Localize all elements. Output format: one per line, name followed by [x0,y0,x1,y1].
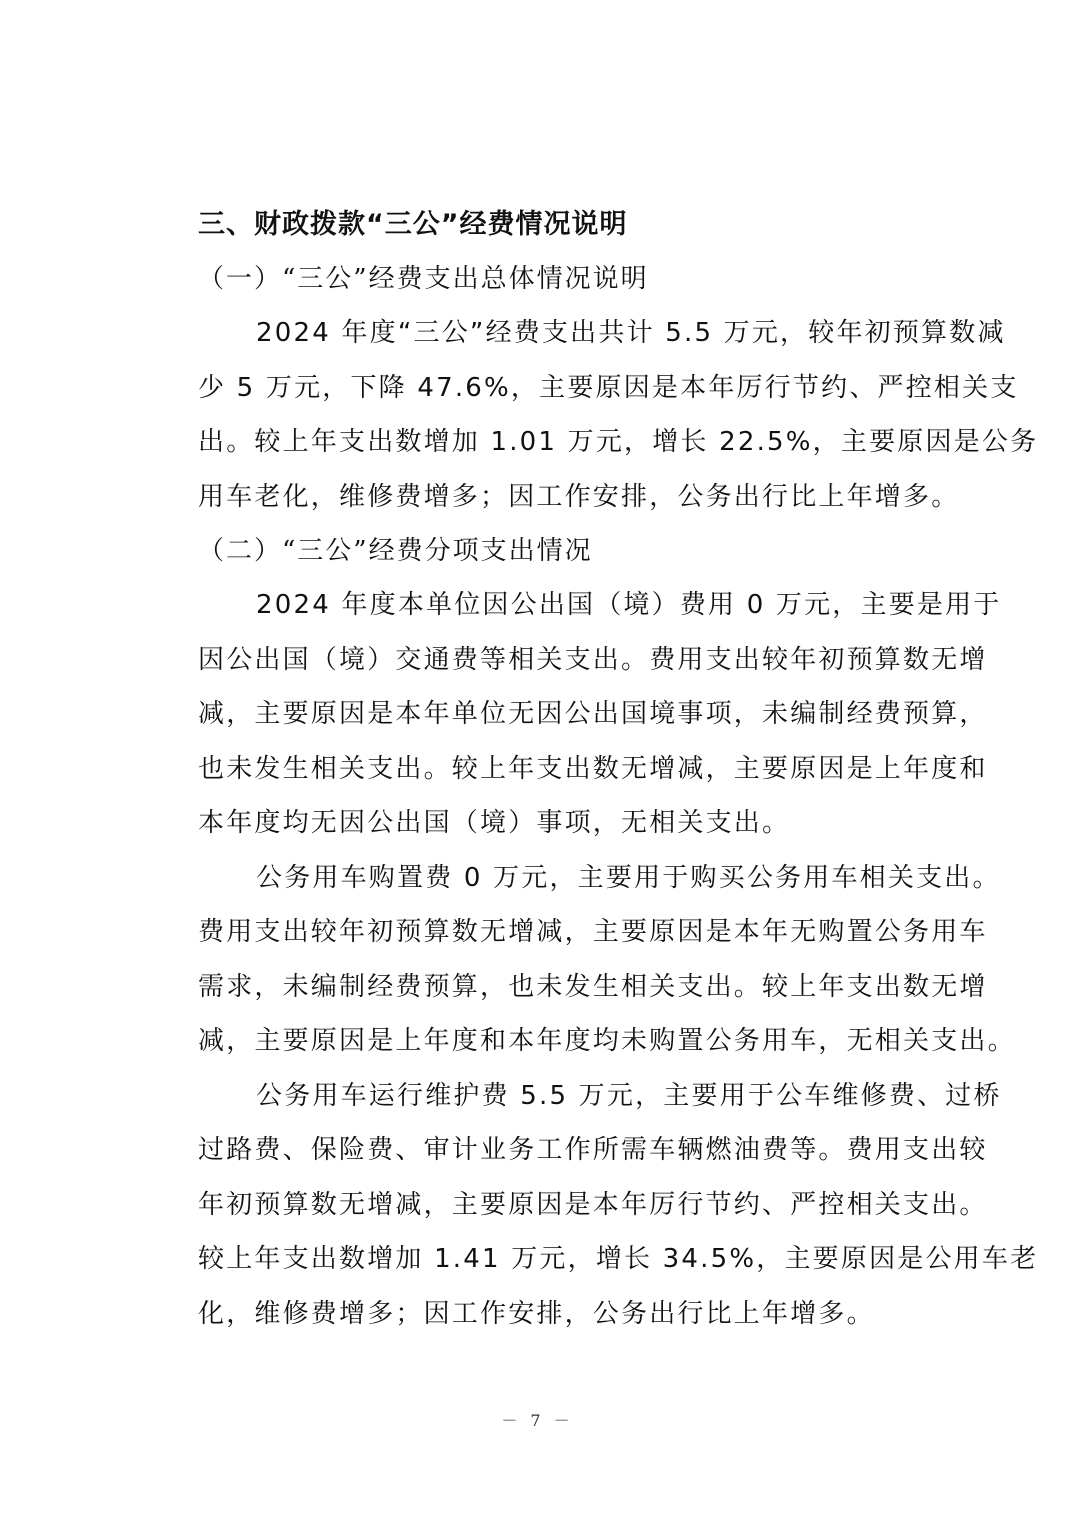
text-line: 较上年支出数增加 1.41 万元，增长 34.5%，主要原因是公用车老 [140,1232,940,1287]
text-line: 费用支出较年初预算数无增减，主要原因是本年无购置公务用车 [140,905,940,960]
text-line: 2024 年度“三公”经费支出共计 5.5 万元，较年初预算数减 [140,306,940,361]
text-line: 出。较上年支出数增加 1.01 万元，增长 22.5%，主要原因是公务 [140,415,940,470]
text-line: 公务用车运行维护费 5.5 万元，主要用于公车维修费、过桥 [140,1069,940,1124]
text-line: 2024 年度本单位因公出国（境）费用 0 万元，主要是用于 [140,578,940,633]
text-line: 年初预算数无增减，主要原因是本年厉行节约、严控相关支出。 [140,1178,940,1233]
document-body: 三、财政拨款“三公”经费情况说明 （一）“三公”经费支出总体情况说明 2024 … [140,198,940,1341]
text-line: 少 5 万元，下降 47.6%，主要原因是本年厉行节约、严控相关支 [140,361,940,416]
subsection-heading-itemized: （二）“三公”经费分项支出情况 [140,524,940,578]
text-line: 减，主要原因是上年度和本年度均未购置公务用车，无相关支出。 [140,1014,940,1069]
text-line: 过路费、保险费、审计业务工作所需车辆燃油费等。费用支出较 [140,1123,940,1178]
text-line: 因公出国（境）交通费等相关支出。费用支出较年初预算数无增 [140,633,940,688]
text-line: 减，主要原因是本年单位无因公出国境事项，未编制经费预算， [140,687,940,742]
paragraph-overseas-travel: 2024 年度本单位因公出国（境）费用 0 万元，主要是用于 因公出国（境）交通… [140,578,940,851]
text-line: 也未发生相关支出。较上年支出数无增减，主要原因是上年度和 [140,742,940,797]
paragraph-vehicle-purchase: 公务用车购置费 0 万元，主要用于购买公务用车相关支出。 费用支出较年初预算数无… [140,851,940,1069]
text-line: 化，维修费增多；因工作安排，公务出行比上年增多。 [140,1287,940,1342]
section-heading: 三、财政拨款“三公”经费情况说明 [140,198,940,252]
text-line: 本年度均无因公出国（境）事项，无相关支出。 [140,796,940,851]
paragraph-overall-summary: 2024 年度“三公”经费支出共计 5.5 万元，较年初预算数减 少 5 万元，… [140,306,940,524]
subsection-heading-overall: （一）“三公”经费支出总体情况说明 [140,252,940,306]
text-line: 用车老化，维修费增多；因工作安排，公务出行比上年增多。 [140,470,940,525]
text-line: 公务用车购置费 0 万元，主要用于购买公务用车相关支出。 [140,851,940,906]
page-number: － 7 － [0,1408,1075,1431]
text-line: 需求，未编制经费预算，也未发生相关支出。较上年支出数无增 [140,960,940,1015]
document-page: 三、财政拨款“三公”经费情况说明 （一）“三公”经费支出总体情况说明 2024 … [0,0,1075,1520]
paragraph-vehicle-maintenance: 公务用车运行维护费 5.5 万元，主要用于公车维修费、过桥 过路费、保险费、审计… [140,1069,940,1342]
